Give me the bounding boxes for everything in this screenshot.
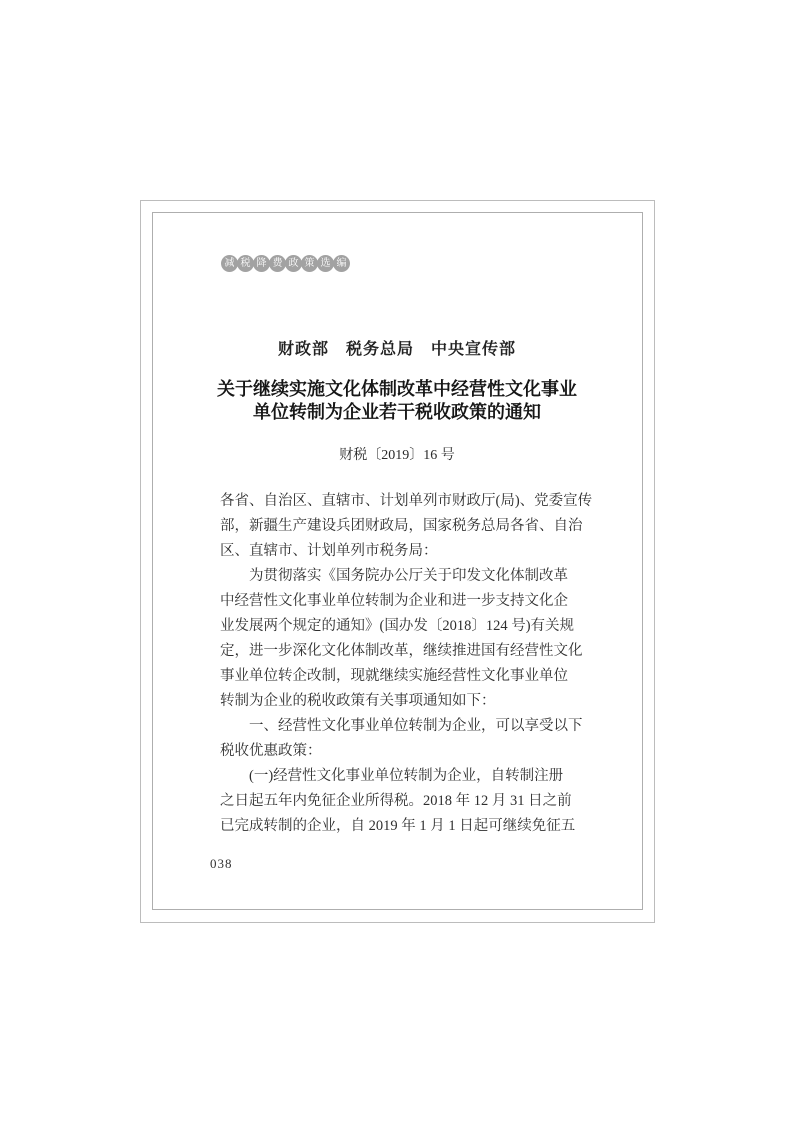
stamp-circle: 降 — [253, 255, 270, 272]
stamp-circle: 政 — [285, 255, 302, 272]
document-title-line2: 单位转制为企业若干税收政策的通知 — [152, 401, 642, 424]
stamp-circle: 税 — [237, 255, 254, 272]
body-line: 部，新疆生产建设兵团财政局，国家税务总局各省、自治 — [220, 514, 561, 539]
document-title: 关于继续实施文化体制改革中经营性文化事业 单位转制为企业若干税收政策的通知 — [152, 378, 642, 424]
stamp-circle: 费 — [269, 255, 286, 272]
body-line: 一、经营性文化事业单位转制为企业，可以享受以下 — [220, 714, 561, 739]
body-line: 各省、自治区、直辖市、计划单列市财政厅(局)、党委宣传 — [220, 489, 561, 514]
document-number: 财税〔2019〕16 号 — [152, 444, 642, 464]
body-line: 业发展两个规定的通知》(国办发〔2018〕124 号)有关规 — [220, 614, 561, 639]
body-line: 定，进一步深化文化体制改革，继续推进国有经营性文化 — [220, 639, 561, 664]
body-line: 已完成转制的企业，自 2019 年 1 月 1 日起可继续免征五 — [220, 814, 561, 839]
stamp-circle: 选 — [317, 255, 334, 272]
body-line: (一)经营性文化事业单位转制为企业，自转制注册 — [220, 764, 561, 789]
body-line: 中经营性文化事业单位转制为企业和进一步支持文化企 — [220, 589, 561, 614]
body-line: 税收优惠政策： — [220, 739, 561, 764]
document-page: 减 税 降 费 政 策 选 编 财政部 税务总局 中央宣传部 关于继续实施文化体… — [0, 0, 793, 1122]
stamp-circle: 编 — [333, 255, 350, 272]
body-line: 事业单位转企改制，现就继续实施经营性文化事业单位 — [220, 664, 561, 689]
issuing-agencies: 财政部 税务总局 中央宣传部 — [152, 336, 642, 359]
document-title-line1: 关于继续实施文化体制改革中经营性文化事业 — [152, 378, 642, 401]
body-line: 区、直辖市、计划单列市税务局： — [220, 539, 561, 564]
body-line: 之日起五年内免征企业所得税。2018 年 12 月 31 日之前 — [220, 789, 561, 814]
page-number: 038 — [210, 856, 233, 872]
stamp-circle: 减 — [221, 255, 238, 272]
body-line: 转制为企业的税收政策有关事项通知如下： — [220, 689, 561, 714]
body-line: 为贯彻落实《国务院办公厅关于印发文化体制改革 — [220, 564, 561, 589]
stamp-circle: 策 — [301, 255, 318, 272]
series-stamp: 减 税 降 费 政 策 选 编 — [221, 254, 349, 272]
document-body: 各省、自治区、直辖市、计划单列市财政厅(局)、党委宣传 部，新疆生产建设兵团财政… — [220, 489, 561, 839]
